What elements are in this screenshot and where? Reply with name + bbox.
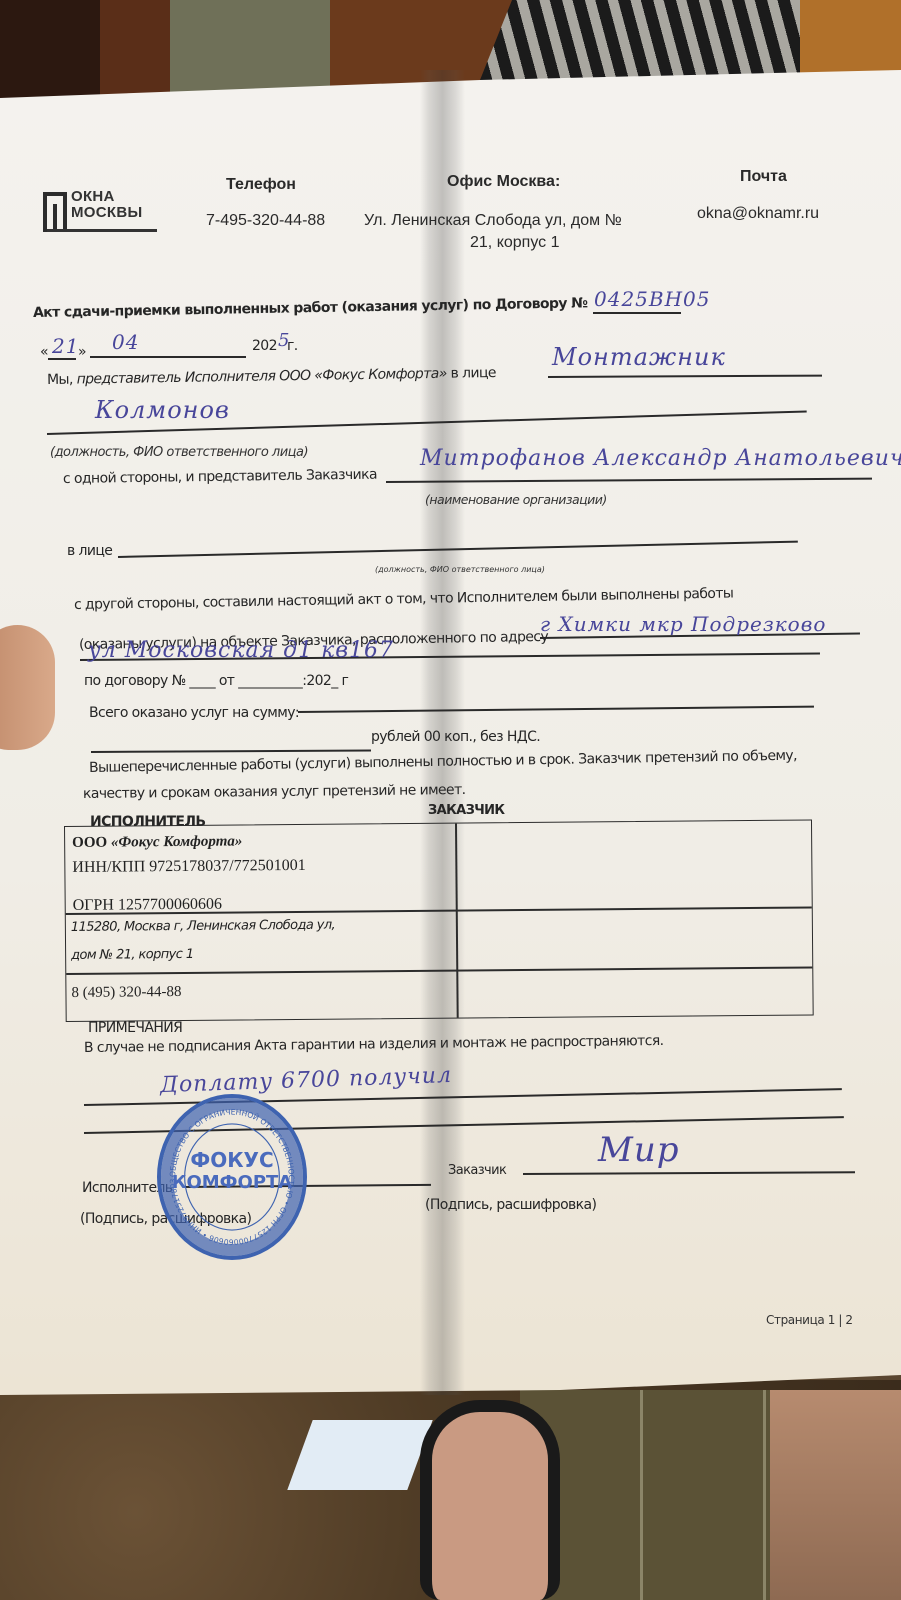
position-caption: (должность, ФИО ответственного лица) xyxy=(50,445,308,460)
org-caption: (наименование организации) xyxy=(425,492,607,507)
address-handwritten-2: ул Московская д1 кв167 xyxy=(88,638,394,663)
customer-signature-caption: (Подпись, расшифровка) xyxy=(425,1197,596,1213)
total-label: Всего оказано услуг на сумму: xyxy=(89,705,299,721)
document-content: ОКНА МОСКВЫ Телефон 7-495-320-44-88 Офис… xyxy=(0,0,901,1600)
table-row-divider-2 xyxy=(66,966,812,974)
date-year-prefix: 202 xyxy=(252,338,277,354)
completed-text-2: качеству и срокам оказания услуг претенз… xyxy=(83,782,466,802)
we-italic: представитель Исполнителя ООО «Фокус Ком… xyxy=(77,366,447,388)
company-logo: ОКНА МОСКВЫ xyxy=(43,188,158,236)
org-name: «Фокус Комфорта» xyxy=(111,833,243,850)
office-address-line1: Ул. Ленинская Слобода ул, дом № xyxy=(364,212,622,230)
executor-rep-handwritten-1: Монтажник xyxy=(552,343,726,371)
date-day-line xyxy=(48,358,76,360)
we-suffix: в лице xyxy=(447,365,496,382)
executor-rep-sentence: Мы, представитель Исполнителя ООО «Фокус… xyxy=(47,365,496,388)
we-prefix: Мы, xyxy=(47,372,77,388)
table-column-divider xyxy=(455,824,458,1018)
mail-label: Почта xyxy=(740,168,787,186)
act-title: Акт сдачи-приемки выполненных работ (ока… xyxy=(33,295,588,321)
parties-table: ООО «Фокус Комфорта» ИНН/КПП 9725178037/… xyxy=(64,819,814,1022)
customer-line-label: с одной стороны, и представитель Заказчи… xyxy=(63,467,377,487)
in-person-caption: (должность, ФИО ответственного лица) xyxy=(375,565,545,574)
date-year-g: г. xyxy=(287,338,298,354)
executor-rep-handwritten-2: Колмонов xyxy=(95,396,230,424)
notes-handwritten: Доплату 6700 получил xyxy=(160,1063,453,1098)
office-label: Офис Москва: xyxy=(447,173,560,191)
executor-address-1: 115280, Москва г, Ленинская Слобода ул, xyxy=(71,918,335,935)
other-side-text: с другой стороны, составили настоящий ак… xyxy=(74,585,734,613)
office-address-line2: 21, корпус 1 xyxy=(470,234,560,252)
executor-phone: 8 (495) 320-44-88 xyxy=(71,984,181,1002)
total-line xyxy=(298,706,814,713)
customer-heading: ЗАКАЗЧИК xyxy=(428,803,504,818)
date-open-quote: « xyxy=(40,344,48,360)
customer-name-line xyxy=(386,478,872,483)
notes-text: В случае не подписания Акта гарантии на … xyxy=(84,1033,664,1056)
executor-address-2: дом № 21, корпус 1 xyxy=(71,947,193,963)
executor-ogrn: ОГРН 1257700060606 xyxy=(73,896,222,915)
customer-name-handwritten: Митрофанов Александр Анатольевич xyxy=(420,446,901,471)
contract-reference-line: по договору № ____ от __________:202_ г xyxy=(84,673,348,689)
customer-signature-line xyxy=(523,1171,855,1174)
mail-value: okna@oknamr.ru xyxy=(697,205,819,223)
date-day-handwritten: 21 xyxy=(52,334,79,358)
customer-signature-handwritten: Мир xyxy=(598,1130,679,1170)
executor-rep-line xyxy=(548,375,822,378)
logo-m-icon xyxy=(43,192,67,232)
in-person-line xyxy=(118,541,798,558)
contract-no-handwritten: 0425ВН05 xyxy=(594,287,711,311)
date-month-handwritten: 04 xyxy=(112,330,139,354)
customer-signature-label: Заказчик xyxy=(448,1163,506,1178)
page-number: Страница 1 | 2 xyxy=(766,1313,853,1327)
contract-no-line xyxy=(593,312,681,314)
phone-value: 7-495-320-44-88 xyxy=(206,212,325,230)
date-close-quote: » xyxy=(78,344,86,360)
phone-label: Телефон xyxy=(226,176,296,194)
stamp-center-line1: ФОКУС xyxy=(161,1148,303,1172)
date-month-line xyxy=(90,356,246,358)
executor-inn-kpp: ИНН/КПП 9725178037/772501001 xyxy=(72,857,305,877)
notes-heading: ПРИМЕЧАНИЯ xyxy=(88,1020,182,1036)
company-stamp: ОБЩЕСТВО С ОГРАНИЧЕННОЙ ОТВЕТСТВЕННОСТЬЮ… xyxy=(157,1094,307,1260)
logo-underline xyxy=(47,229,157,232)
rubles-line xyxy=(91,750,371,753)
org-prefix: ООО xyxy=(72,835,111,851)
logo-text-line2: МОСКВЫ xyxy=(71,204,142,221)
logo-text-line1: ОКНА xyxy=(71,188,115,205)
address-handwritten-1: г Химки мкр Подрезково xyxy=(540,612,826,636)
executor-org-name: ООО «Фокус Комфорта» xyxy=(72,833,242,851)
in-person-label: в лице xyxy=(67,543,112,559)
stamp-center-line2: КОМФОРТА xyxy=(161,1172,303,1193)
rubles-text: рублей 00 коп., без НДС. xyxy=(371,729,540,745)
holding-finger xyxy=(0,625,55,750)
